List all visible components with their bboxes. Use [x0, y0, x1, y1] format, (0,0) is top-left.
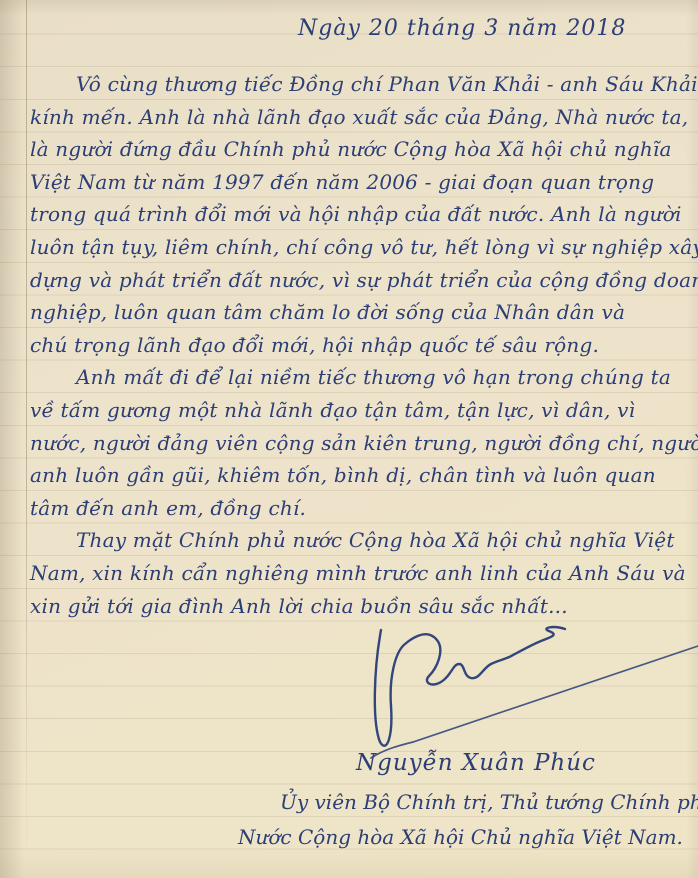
signer-title-line2: Nước Cộng hòa Xã hội Chủ nghĩa Việt Nam.	[238, 825, 683, 849]
letter-line: kính mến. Anh là nhà lãnh đạo xuất sắc c…	[30, 101, 694, 134]
letter-line: Anh mất đi để lại niềm tiếc thương vô hạ…	[30, 361, 694, 394]
signer-name: Nguyễn Xuân Phúc	[356, 750, 596, 776]
signature-phuc	[375, 627, 565, 746]
letter-line: tâm đến anh em, đồng chí.	[30, 492, 694, 525]
signature-flourish-line	[371, 646, 698, 758]
letter-line: chú trọng lãnh đạo đổi mới, hội nhập quố…	[30, 329, 694, 362]
letter-line: là người đứng đầu Chính phủ nước Cộng hò…	[30, 133, 694, 166]
letter-line: xin gửi tới gia đình Anh lời chia buồn s…	[30, 590, 694, 623]
letter-line: nước, người đảng viên cộng sản kiên trun…	[30, 427, 694, 460]
letter-line: trong quá trình đổi mới và hội nhập của …	[30, 198, 694, 231]
letter-line: luôn tận tụy, liêm chính, chí công vô tư…	[30, 231, 694, 264]
letter-line: Việt Nam từ năm 1997 đến năm 2006 - giai…	[30, 166, 694, 199]
letter-line: anh luôn gần gũi, khiêm tốn, bình dị, ch…	[30, 459, 694, 492]
letter-page: Ngày 20 tháng 3 năm 2018 Vô cùng thương …	[0, 0, 698, 878]
letter-line: về tấm gương một nhà lãnh đạo tận tâm, t…	[30, 394, 694, 427]
date-line: Ngày 20 tháng 3 năm 2018	[298, 16, 626, 41]
letter-line: Vô cùng thương tiếc Đồng chí Phan Văn Kh…	[30, 68, 694, 101]
letter-line: Nam, xin kính cẩn nghiêng mình trước anh…	[30, 557, 694, 590]
letter-line: dựng và phát triển đất nước, vì sự phát …	[30, 264, 694, 297]
letter-line: nghiệp, luôn quan tâm chăm lo đời sống c…	[30, 296, 694, 329]
signer-title-line1: Ủy viên Bộ Chính trị, Thủ tướng Chính ph…	[280, 790, 698, 814]
margin-rule-line	[26, 0, 27, 878]
letter-line: Thay mặt Chính phủ nước Cộng hòa Xã hội …	[30, 524, 694, 557]
letter-body: Vô cùng thương tiếc Đồng chí Phan Văn Kh…	[30, 68, 694, 622]
